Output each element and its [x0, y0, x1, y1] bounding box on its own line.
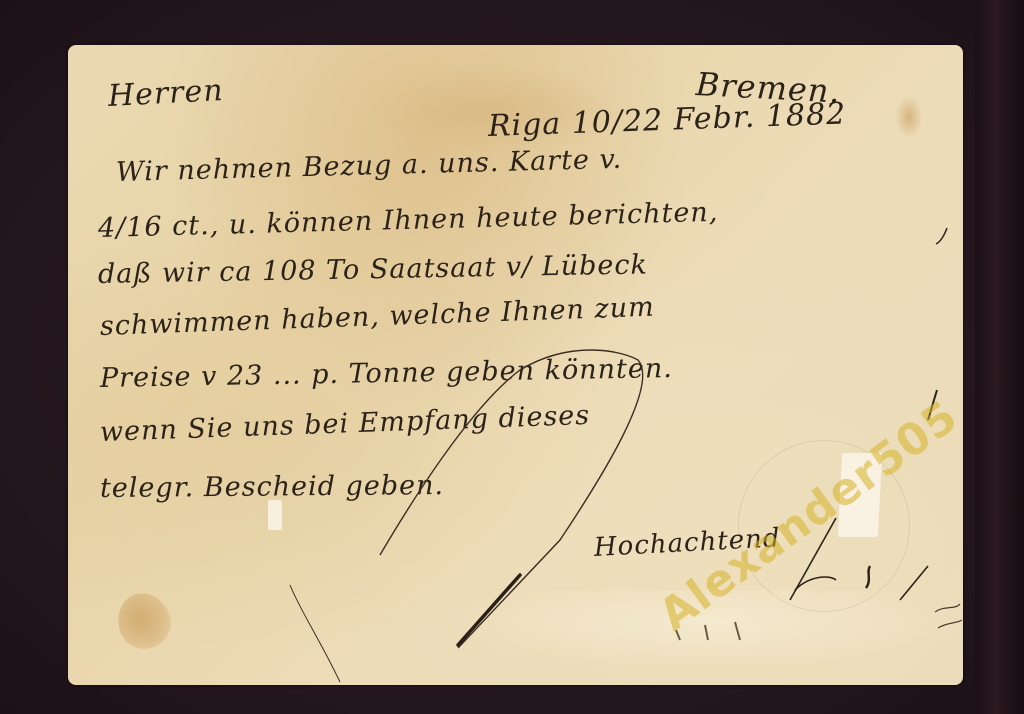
body-line: Preise v 23 ... p. Tonne geben könnten.	[100, 353, 673, 394]
body-line: wenn Sie uns bei Empfang dieses	[99, 400, 590, 448]
postcard: Herren Bremen. Riga 10/22 Febr. 1882 Wir…	[68, 45, 963, 685]
paper-repair-patch	[268, 500, 282, 530]
body-line: telegr. Bescheid geben.	[100, 470, 444, 504]
salutation: Herren	[107, 73, 224, 114]
body-line: schwimmen haben, welche Ihnen zum	[99, 292, 655, 342]
paper-stain	[896, 97, 922, 137]
body-line: Wir nehmen Bezug a. uns. Karte v.	[116, 144, 623, 188]
background-edge	[975, 0, 1024, 714]
body-line: daß wir ca 108 To Saatsaat v/ Lübeck	[98, 249, 648, 290]
body-line: 4/16 ct., u. können Ihnen heute berichte…	[98, 197, 719, 244]
image-stage: Herren Bremen. Riga 10/22 Febr. 1882 Wir…	[0, 0, 1024, 714]
paper-stain	[110, 586, 178, 656]
